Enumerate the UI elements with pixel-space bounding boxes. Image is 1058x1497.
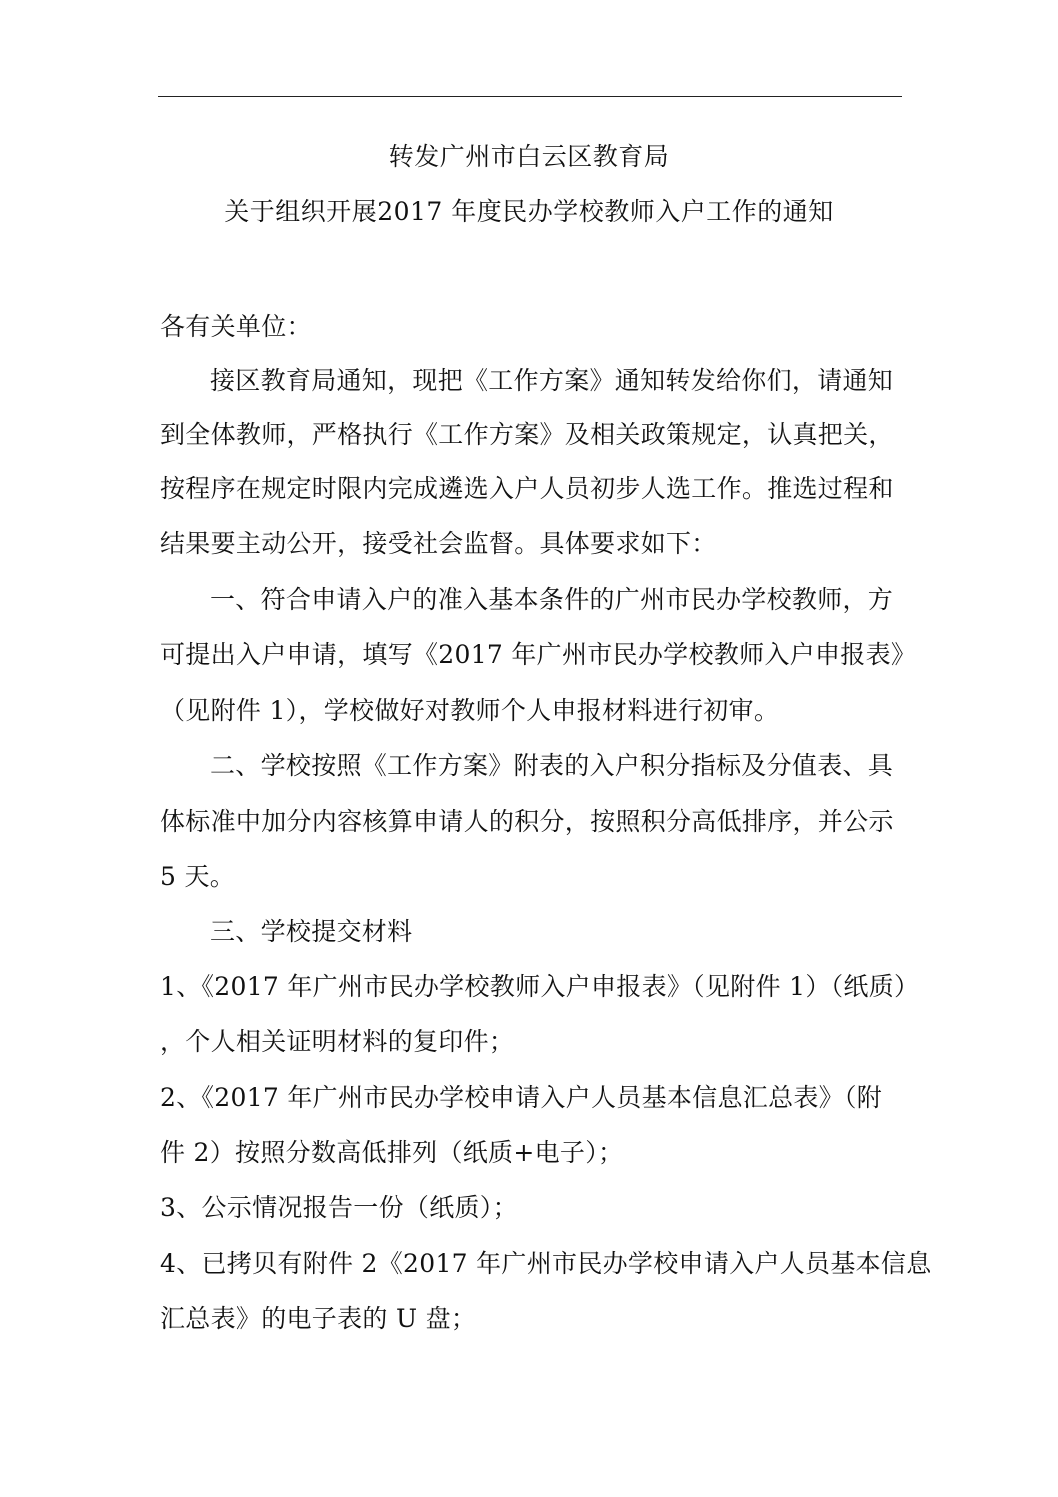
materials-line: 2、《2017 年广州市民办学校申请入户人员基本信息汇总表》（附 — [160, 1081, 882, 1115]
document-page: 转发广州市白云区教育局 关于组织开展2017 年度民办学校教师入户工作的通知 各… — [0, 0, 1058, 1497]
document-title-line-2: 关于组织开展2017 年度民办学校教师入户工作的通知 — [0, 195, 1058, 229]
materials-line: 件 2）按照分数高低排列（纸质+电子）； — [160, 1136, 623, 1170]
section-3-heading: 三、学校提交材料 — [210, 915, 412, 949]
section-2-line: 5 天。 — [160, 860, 235, 894]
document-title-line-1: 转发广州市白云区教育局 — [0, 140, 1058, 174]
intro-paragraph-line: 接区教育局通知，现把《工作方案》通知转发给你们，请通知 — [210, 364, 893, 398]
salutation: 各有关单位： — [160, 310, 312, 344]
intro-paragraph-line: 结果要主动公开，接受社会监督。具体要求如下： — [160, 527, 717, 561]
materials-line: 汇总表》的电子表的 U 盘； — [160, 1302, 476, 1336]
section-1-line: 一、符合申请入户的准入基本条件的广州市民办学校教师，方 — [210, 583, 893, 617]
intro-paragraph-line: 按程序在规定时限内完成遴选入户人员初步人选工作。推选过程和 — [160, 472, 894, 506]
section-2-line: 二、学校按照《工作方案》附表的入户积分指标及分值表、具 — [210, 749, 893, 783]
section-2-line: 体标准中加分内容核算申请人的积分，按照积分高低排序，并公示 — [160, 805, 894, 839]
materials-line: 1、《2017 年广州市民办学校教师入户申报表》（见附件 1）（纸质） — [160, 970, 919, 1004]
materials-line: ，个人相关证明材料的复印件； — [160, 1025, 514, 1059]
intro-paragraph-line: 到全体教师，严格执行《工作方案》及相关政策规定，认真把关， — [160, 418, 894, 452]
section-1-line: 可提出入户申请，填写《2017 年广州市民办学校教师入户申报表》 — [160, 638, 916, 672]
materials-line: 3、公示情况报告一份（纸质）； — [160, 1191, 518, 1225]
header-rule — [158, 96, 902, 97]
section-1-line: （见附件 1），学校做好对教师个人申报材料进行初审。 — [160, 694, 779, 728]
materials-line: 4、已拷贝有附件 2《2017 年广州市民办学校申请入户人员基本信息 — [160, 1247, 932, 1281]
